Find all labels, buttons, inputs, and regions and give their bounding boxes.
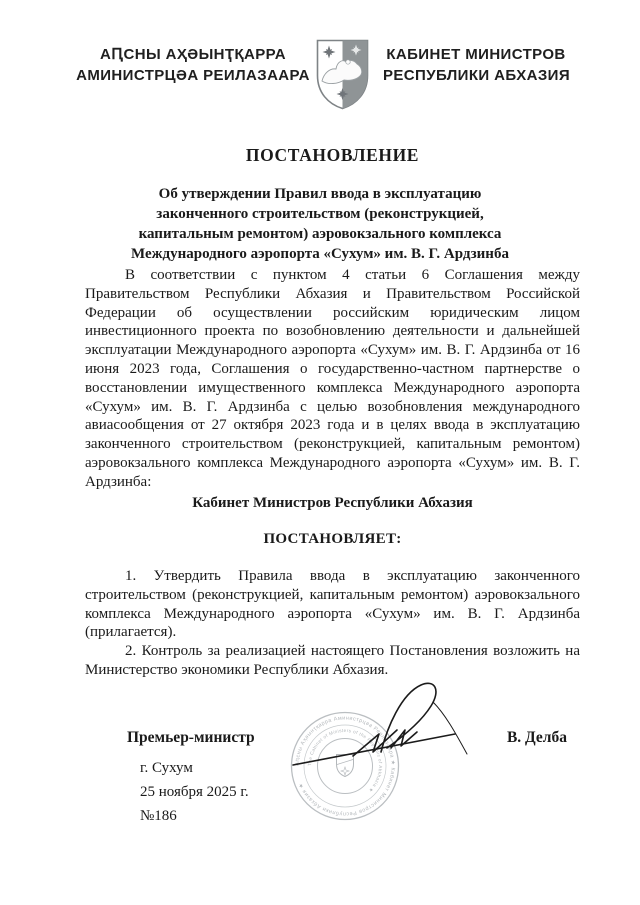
signature-icon [283, 672, 483, 772]
preamble-section: В соответствии с пунктом 4 статьи 6 Согл… [85, 266, 580, 492]
document-number: №186 [140, 809, 249, 824]
coat-of-arms-icon [314, 37, 371, 112]
resolution-item-1: 1. Утвердить Правила ввода в эксплуатаци… [85, 567, 580, 642]
resolution-items: 1. Утвердить Правила ввода в эксплуатаци… [85, 567, 580, 680]
document-type-title: ПОСТАНОВЛЕНИЕ [85, 145, 580, 166]
issuing-body-line: Кабинет Министров Республики Абхазия [85, 495, 580, 512]
org-name-russian-line2: РЕСПУБЛИКИ АБХАЗИЯ [383, 65, 569, 86]
preamble-paragraph: В соответствии с пунктом 4 статьи 6 Согл… [85, 266, 580, 492]
document-page: АԤСНЫ АҲӘЫНҬҚАРРА АМИНИСТРЦӘА РЕИЛАЗААРА [0, 0, 640, 905]
org-name-abkhazian-line1: АԤСНЫ АҲӘЫНҬҚАРРА [68, 44, 318, 65]
resolves-heading: ПОСТАНОВЛЯЕТ: [85, 531, 580, 548]
subject-line-1: Об утверждении Правил ввода в эксплуатац… [60, 184, 580, 204]
subject-line-2: законченного строительством (реконструкц… [60, 204, 580, 224]
org-name-russian: КАБИНЕТ МИНИСТРОВ РЕСПУБЛИКИ АБХАЗИЯ [383, 44, 569, 86]
document-subject: Об утверждении Правил ввода в эксплуатац… [60, 184, 580, 264]
signer-position: Премьер-министр [127, 729, 255, 747]
org-name-russian-line1: КАБИНЕТ МИНИСТРОВ [383, 44, 569, 65]
issue-date: 25 ноября 2025 г. [140, 785, 249, 800]
issue-place: г. Сухум [140, 761, 249, 776]
signer-name: В. Делба [507, 729, 567, 747]
org-name-abkhazian: АԤСНЫ АҲӘЫНҬҚАРРА АМИНИСТРЦӘА РЕИЛАЗААРА [68, 44, 318, 86]
subject-line-3: капитальным ремонтом) аэровокзального ко… [60, 224, 580, 244]
subject-line-4: Международного аэропорта «Сухум» им. В. … [60, 244, 580, 264]
org-name-abkhazian-line2: АМИНИСТРЦӘА РЕИЛАЗААРА [68, 65, 318, 86]
issue-details: г. Сухум 25 ноября 2025 г. №186 [140, 761, 249, 833]
